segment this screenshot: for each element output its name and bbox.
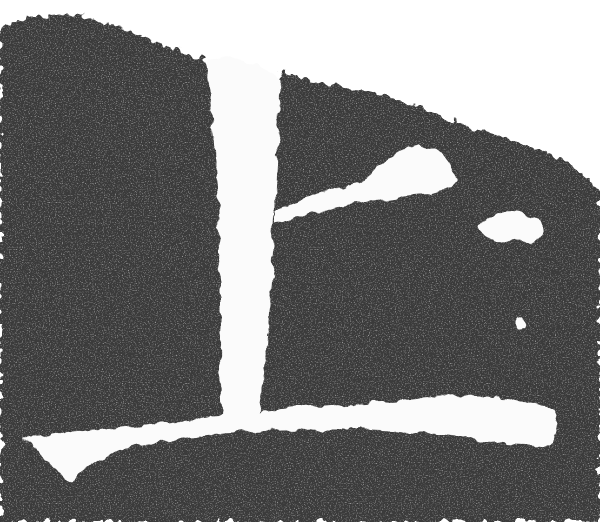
- rubbing-image: 上: [0, 0, 600, 522]
- speck: [514, 316, 526, 328]
- rubbing-canvas: [0, 0, 600, 522]
